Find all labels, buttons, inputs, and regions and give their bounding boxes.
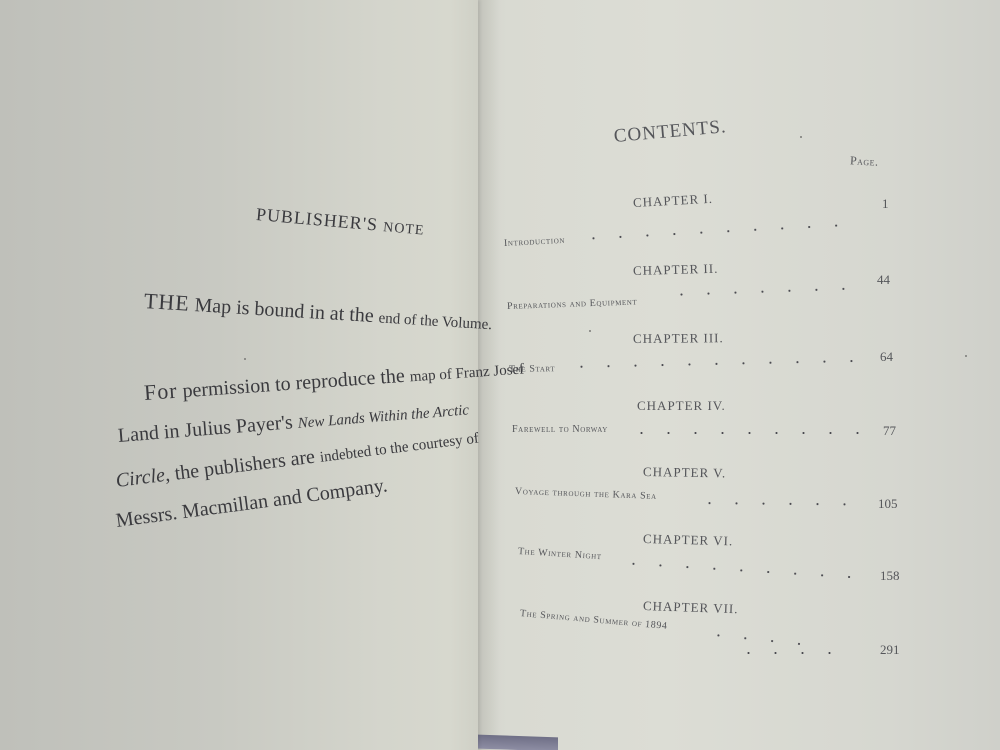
heading-small: NOTE [383, 220, 425, 239]
page-number: 77 [883, 423, 896, 439]
paper-speck [800, 136, 802, 138]
paper-speck [589, 330, 591, 332]
dot-leader [628, 432, 866, 434]
drop-cap-word: For [143, 378, 178, 405]
chapter-heading: CHAPTER V. [643, 464, 726, 481]
chapter-heading: CHAPTER IV. [637, 398, 726, 414]
paper-speck [965, 355, 967, 357]
book-binding-edge [478, 735, 558, 750]
page-column-header: Page. [850, 153, 879, 169]
open-book-photo: PUBLISHER'S NOTE THE Map is bound in at … [0, 0, 1000, 750]
drop-cap-word: THE [143, 288, 190, 316]
chapter-heading: CHAPTER III. [633, 330, 724, 347]
page-number: 158 [880, 568, 900, 584]
paper-speck [244, 358, 246, 360]
dot-leader [735, 652, 855, 654]
toc-entry-link[interactable]: The Start [509, 363, 555, 375]
page-number: 64 [880, 349, 893, 365]
page-number: 44 [877, 272, 890, 288]
chapter-heading: CHAPTER VI. [643, 531, 734, 549]
page-number: 105 [878, 496, 898, 512]
chapter-heading: CHAPTER II. [633, 261, 719, 279]
page-number: 291 [880, 642, 900, 658]
page-number: 1 [882, 196, 889, 212]
chapter-heading: CHAPTER VII. [643, 598, 739, 617]
toc-entry-link[interactable]: Farewell to Norway [512, 424, 608, 435]
